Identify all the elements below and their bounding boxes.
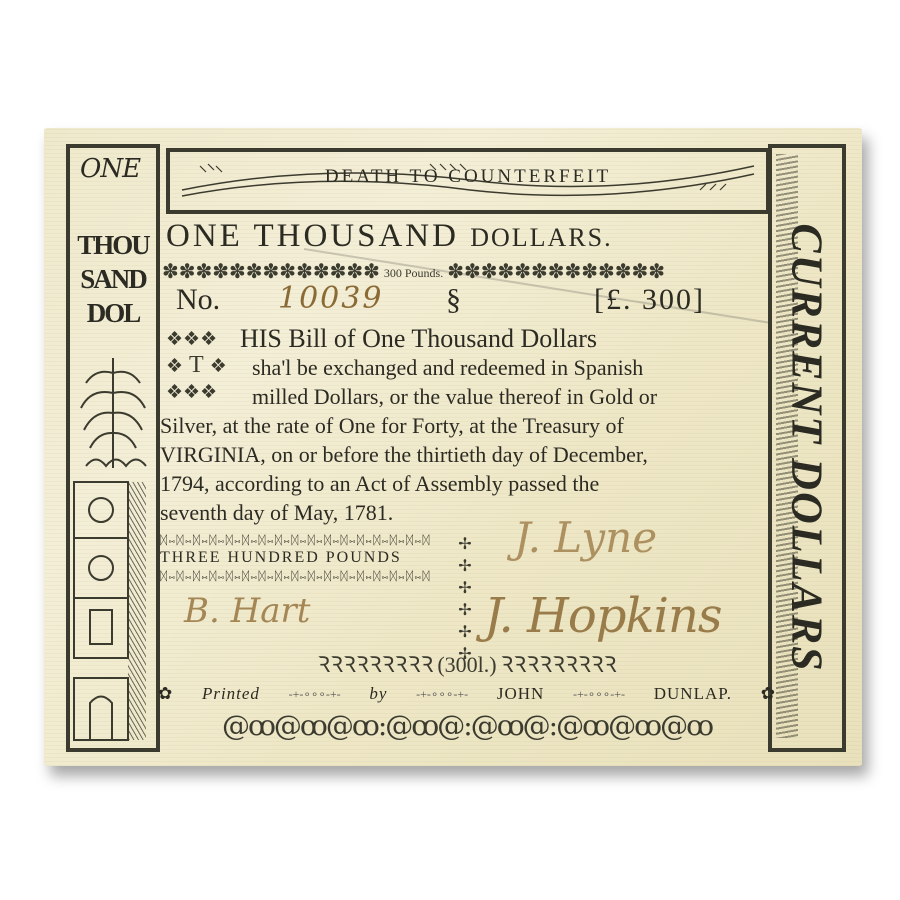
left-word-sand: SAND: [74, 262, 152, 296]
separator: -+-∘∘∘-+-: [416, 682, 468, 706]
right-panel: CURRENT DOLLARS: [768, 144, 846, 752]
by-word: by: [369, 682, 387, 706]
three-hundred-pounds-text: THREE HUNDRED POUNDS: [160, 547, 460, 569]
left-panel-one: ONE: [80, 154, 140, 184]
serial-row: No. 10039 § [£. 300]: [176, 283, 776, 323]
number-label: No.: [176, 283, 220, 317]
section-mark: §: [446, 283, 461, 317]
signature-right-bottom: J. Hopkins: [484, 588, 722, 644]
bill-line: sha'l be exchanged and redeemed in Spani…: [160, 353, 774, 382]
left-panel-words: THOU SAND DOL: [74, 228, 152, 330]
left-word-dol: DOL: [74, 296, 152, 330]
scroll-ornaments-right: ꝚꝚꝚꝚꝚꝚꝚꝚꝚ: [501, 653, 617, 678]
left-panel: ONE THOU SAND DOL: [66, 144, 160, 752]
printer-last-name: DUNLAP.: [654, 682, 732, 706]
motto-text: DEATH TO COUNTERFEIT: [170, 166, 766, 188]
denomination-title: ONE THOUSAND DOLLARS.: [166, 218, 776, 255]
separator: -+-∘∘∘-+-: [573, 682, 625, 706]
printer-first-name: JOHN: [497, 682, 544, 706]
cross-ornament-column: ✢✢✢✢✢✢: [458, 533, 472, 665]
bill-line: seventh day of May, 1781.: [160, 498, 774, 527]
title-unit: DOLLARS.: [470, 223, 612, 252]
bill-line: VIRGINIA, on or before the thirtieth day…: [160, 440, 774, 469]
title-main: ONE THOUSAND: [166, 218, 459, 254]
amount-short: (300l.): [433, 652, 500, 677]
scroll-ornament-row: ꝚꝚꝚꝚꝚꝚꝚꝚꝚ(300l.)ꝚꝚꝚꝚꝚꝚꝚꝚꝚ: [158, 650, 776, 680]
signature-left: B. Hart: [184, 591, 310, 631]
scroll-ornaments-left: ꝚꝚꝚꝚꝚꝚꝚꝚꝚ: [317, 653, 433, 678]
printed-word: Printed: [202, 682, 260, 706]
bill-text: HIS Bill of One Thousand Dollars sha'l b…: [160, 324, 774, 527]
separator: -+-∘∘∘-+-: [289, 682, 341, 706]
signature-right-top: J. Lyne: [514, 513, 657, 562]
bill-line: 1794, according to an Act of Assembly pa…: [160, 469, 774, 498]
motto-banner: DEATH TO COUNTERFEIT: [166, 148, 770, 214]
ornament-icon: ✿: [761, 682, 776, 706]
fleur-ornaments-right: ✽✽✽✽✽✽✽✽✽✽✽✽✽: [447, 260, 665, 283]
fleur-ornament-row: ✽✽✽✽✽✽✽✽✽✽✽✽✽300 Pounds.✽✽✽✽✽✽✽✽✽✽✽✽✽: [162, 260, 774, 284]
serial-number: 10039: [278, 281, 383, 316]
pounds-value: [£. 300]: [594, 283, 705, 317]
right-panel-text: CURRENT DOLLARS: [782, 223, 833, 672]
bill-line: milled Dollars, or the value thereof in …: [160, 382, 774, 411]
ornament-pounds-text: 300 Pounds.: [380, 266, 447, 280]
bottom-scroll-ornament: @ꝏ@ꝏ@ꝏ:@ꝏ@:@ꝏ@:@ꝏ@ꝏ@ꝏ: [158, 708, 776, 744]
three-hundred-pounds-block: ᛞ⋈ᛞ⋈ᛞ⋈ᛞ⋈ᛞ⋈ᛞ⋈ᛞ⋈ᛞ⋈ᛞ⋈ᛞ⋈ᛞ⋈ᛞ⋈ᛞ⋈ᛞ⋈ᛞ⋈ᛞ⋈ᛞ THREE …: [160, 533, 460, 583]
palm-tree-icon: [76, 348, 150, 478]
ornament-icon: ✿: [158, 682, 173, 706]
left-word-thou: THOU: [74, 228, 152, 262]
fleur-ornaments-left: ✽✽✽✽✽✽✽✽✽✽✽✽✽: [162, 260, 380, 283]
swirl-ornaments: @ꝏ@ꝏ@ꝏ:@ꝏ@:@ꝏ@:@ꝏ@ꝏ@ꝏ: [222, 709, 712, 742]
printer-line: ✿ Printed -+-∘∘∘-+- by -+-∘∘∘-+- JOHN -+…: [158, 682, 776, 706]
small-ornament-row: ᛞ⋈ᛞ⋈ᛞ⋈ᛞ⋈ᛞ⋈ᛞ⋈ᛞ⋈ᛞ⋈ᛞ⋈ᛞ⋈ᛞ⋈ᛞ⋈ᛞ⋈ᛞ⋈ᛞ⋈ᛞ⋈ᛞ: [160, 569, 460, 583]
building-icon: [70, 478, 148, 744]
small-ornament-row: ᛞ⋈ᛞ⋈ᛞ⋈ᛞ⋈ᛞ⋈ᛞ⋈ᛞ⋈ᛞ⋈ᛞ⋈ᛞ⋈ᛞ⋈ᛞ⋈ᛞ⋈ᛞ⋈ᛞ⋈ᛞ⋈ᛞ: [160, 533, 460, 547]
bill-line: Silver, at the rate of One for Forty, at…: [160, 411, 774, 440]
bill-line: HIS Bill of One Thousand Dollars: [160, 324, 774, 353]
currency-note: ONE THOU SAND DOL: [44, 128, 862, 766]
